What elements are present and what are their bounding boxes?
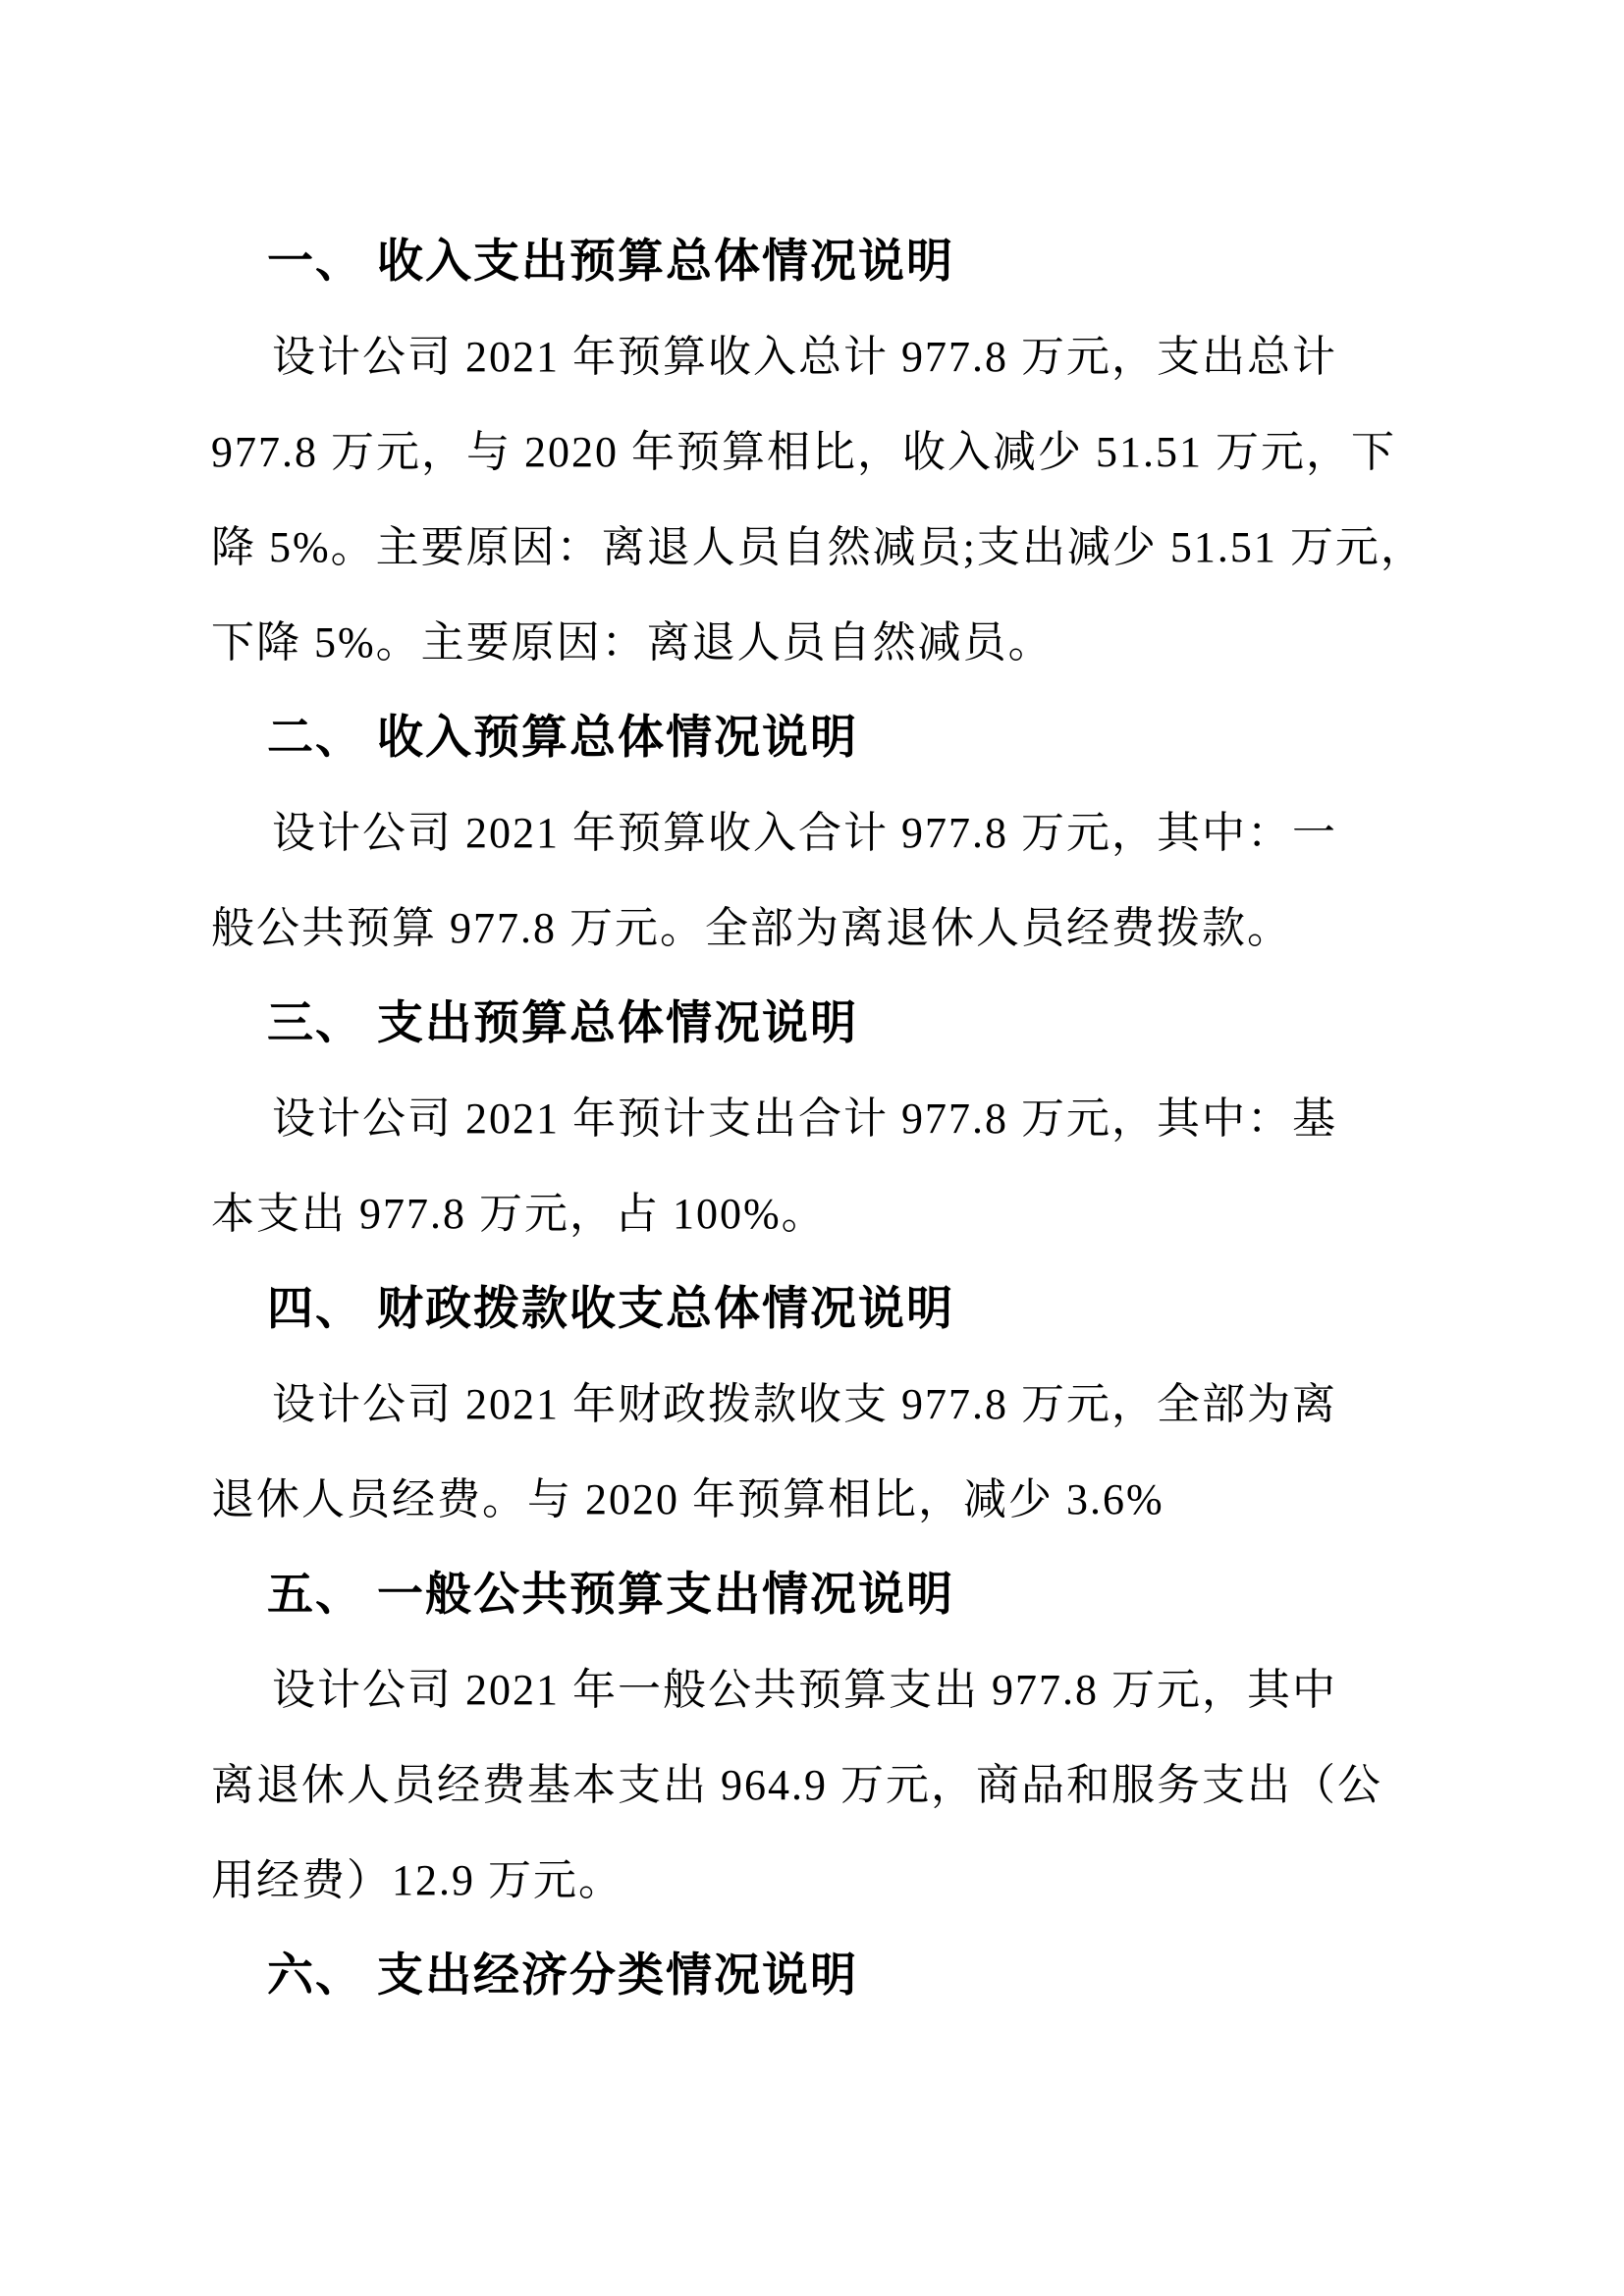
document-page: 一、收入支出预算总体情况说明 设计公司 2021 年预算收入总计 977.8 万… (0, 0, 1624, 2296)
section-1-heading: 一、收入支出预算总体情况说明 (211, 214, 1375, 309)
paragraph-line: 本支出 977.8 万元，占 100%。 (211, 1166, 1375, 1261)
section-6-number: 六、 (267, 1928, 363, 2023)
section-3-heading: 三、支出预算总体情况说明 (211, 976, 1375, 1071)
section-4-heading: 四、财政拨款收支总体情况说明 (211, 1261, 1375, 1357)
document-content: 一、收入支出预算总体情况说明 设计公司 2021 年预算收入总计 977.8 万… (211, 214, 1375, 2023)
paragraph-line: 设计公司 2021 年预算收入总计 977.8 万元，支出总计 (211, 309, 1375, 404)
paragraph-line: 离退休人员经费基本支出 964.9 万元，商品和服务支出（公 (211, 1737, 1375, 1833)
section-5-number: 五、 (267, 1547, 363, 1642)
section-6-title: 支出经济分类情况说明 (377, 1928, 858, 2023)
paragraph-line: 退休人员经费。与 2020 年预算相比，减少 3.6% (211, 1452, 1375, 1547)
paragraph-line: 设计公司 2021 年一般公共预算支出 977.8 万元，其中 (211, 1642, 1375, 1737)
section-3-title: 支出预算总体情况说明 (377, 976, 858, 1071)
section-4-number: 四、 (267, 1261, 363, 1357)
paragraph-line: 设计公司 2021 年预计支出合计 977.8 万元，其中：基 (211, 1071, 1375, 1166)
paragraph-line: 设计公司 2021 年预算收入合计 977.8 万元，其中：一 (211, 785, 1375, 881)
paragraph-line: 设计公司 2021 年财政拨款收支 977.8 万元，全部为离 (211, 1357, 1375, 1452)
paragraph-line: 般公共预算 977.8 万元。全部为离退休人员经费拨款。 (211, 881, 1375, 976)
paragraph-line: 用经费）12.9 万元。 (211, 1833, 1375, 1928)
section-2-heading: 二、收入预算总体情况说明 (211, 690, 1375, 785)
section-2-title: 收入预算总体情况说明 (377, 690, 858, 785)
section-5-heading: 五、一般公共预算支出情况说明 (211, 1547, 1375, 1642)
section-4-title: 财政拨款收支总体情况说明 (377, 1261, 954, 1357)
section-5-title: 一般公共预算支出情况说明 (377, 1547, 954, 1642)
paragraph-line: 下降 5%。主要原因：离退人员自然减员。 (211, 595, 1375, 690)
section-6-heading: 六、支出经济分类情况说明 (211, 1928, 1375, 2023)
paragraph-line: 977.8 万元，与 2020 年预算相比，收入减少 51.51 万元，下 (211, 404, 1375, 500)
section-1-number: 一、 (267, 214, 363, 309)
section-2-number: 二、 (267, 690, 363, 785)
section-3-number: 三、 (267, 976, 363, 1071)
paragraph-line: 降 5%。主要原因：离退人员自然减员;支出减少 51.51 万元， (211, 500, 1375, 595)
section-1-title: 收入支出预算总体情况说明 (377, 214, 954, 309)
